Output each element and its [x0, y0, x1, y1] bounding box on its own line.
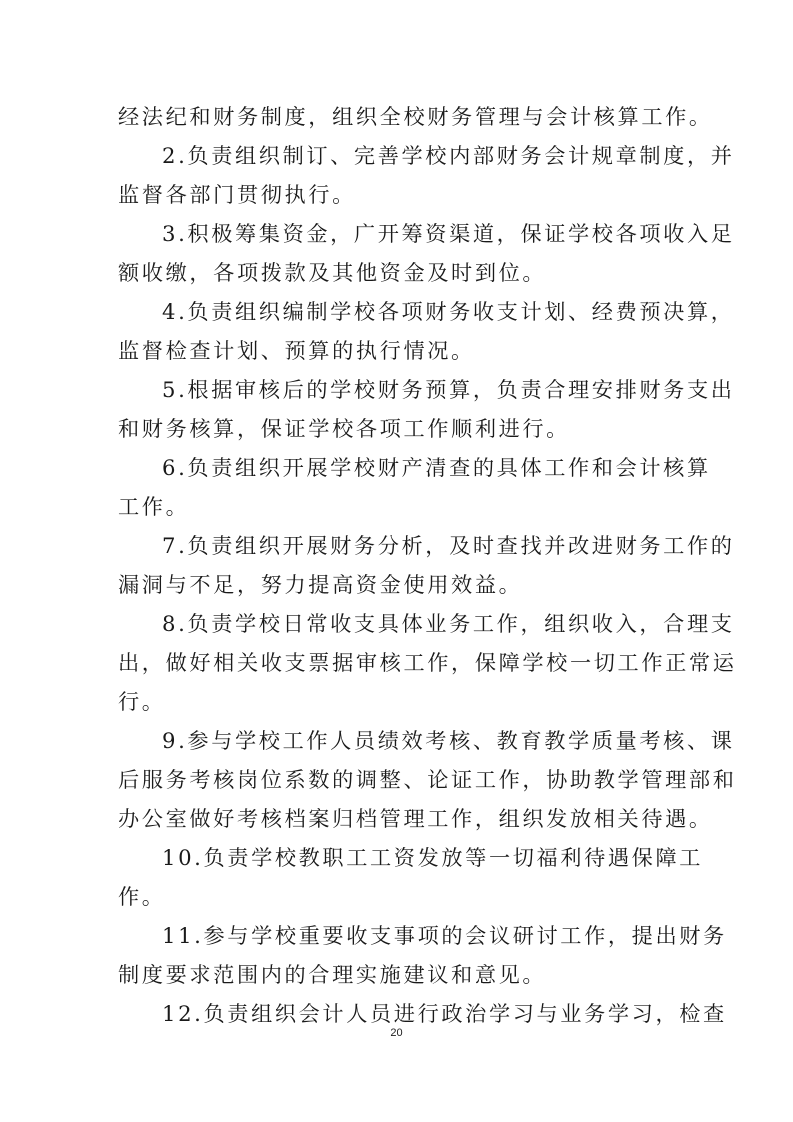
- text-line: 监督各部门贯彻执行。: [118, 180, 356, 210]
- text-line: 7.负责组织开展财务分析，及时查找并改进财务工作的: [162, 531, 735, 561]
- text-line: 作。: [118, 882, 166, 912]
- text-line: 5.根据审核后的学校财务预算，负责合理安排财务支出: [162, 375, 735, 405]
- text-line: 额收缴，各项拨款及其他资金及时到位。: [118, 258, 546, 288]
- text-line: 漏洞与不足，努力提高资金使用效益。: [118, 570, 522, 600]
- text-line: 和财务核算，保证学校各项工作顺利进行。: [118, 414, 570, 444]
- text-line: 3.积极筹集资金，广开筹资渠道，保证学校各项收入足: [162, 219, 735, 249]
- text-line: 2.负责组织制订、完善学校内部财务会计规章制度，并: [162, 141, 735, 171]
- text-line: 出，做好相关收支票据审核工作，保障学校一切工作正常运: [118, 648, 736, 678]
- text-line: 8.负责学校日常收支具体业务工作，组织收入，合理支: [162, 609, 735, 639]
- text-line: 9.参与学校工作人员绩效考核、教育教学质量考核、课: [162, 726, 735, 756]
- text-line: 4.负责组织编制学校各项财务收支计划、经费预决算，: [162, 297, 735, 327]
- text-line: 11.参与学校重要收支事项的会议研讨工作，提出财务: [162, 921, 727, 951]
- text-line: 6.负责组织开展学校财产清查的具体工作和会计核算: [162, 453, 711, 483]
- text-line: 监督检查计划、预算的执行情况。: [118, 336, 475, 366]
- text-line: 经法纪和财务制度，组织全校财务管理与会计核算工作。: [118, 102, 713, 132]
- text-line: 10.负责学校教职工工资发放等一切福利待遇保障工: [162, 843, 703, 873]
- text-line: 制度要求范围内的合理实施建议和意见。: [118, 960, 546, 990]
- page-number: 20: [0, 1027, 793, 1039]
- text-line: 12.负责组织会计人员进行政治学习与业务学习，检查: [162, 999, 727, 1029]
- text-line: 行。: [118, 687, 166, 717]
- text-line: 工作。: [118, 492, 189, 522]
- text-line: 后服务考核岗位系数的调整、论证工作，协助教学管理部和: [118, 765, 736, 795]
- text-line: 办公室做好考核档案归档管理工作，组织发放相关待遇。: [118, 804, 713, 834]
